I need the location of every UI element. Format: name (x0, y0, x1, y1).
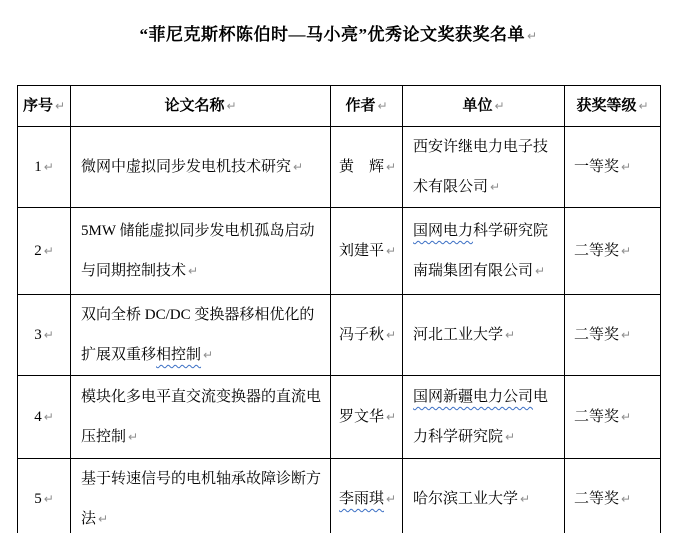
end-of-cell-mark: ↵ (488, 180, 500, 194)
award-list-table: 序号↵ 论文名称↵ 作者↵ 单位↵ 获奖等级↵ 1↵ 微网中虚拟同步发电机技术研… (17, 85, 661, 533)
serial-number: 1 (34, 159, 42, 175)
author-name-underlined: 李雨琪 (339, 491, 384, 507)
paper-title-cell: 基于转速信号的电机轴承故障诊断方法↵ (71, 459, 331, 533)
end-of-cell-mark: ↵ (384, 328, 396, 342)
end-of-cell-mark: ↵ (636, 99, 648, 113)
organization-name-underlined: 国网电力 (413, 223, 473, 239)
paper-title-cell: 5MW 储能虚拟同步发电机孤岛启动与同期控制技术↵ (71, 208, 331, 295)
author-name: 刘建平 (339, 243, 384, 259)
author-name: 黄 辉 (339, 159, 384, 175)
paper-title-text: 模块化多电平直交流变换器的直流电压控制 (81, 389, 321, 445)
paper-title-cell: 微网中虚拟同步发电机技术研究↵ (71, 127, 331, 208)
end-of-cell-mark: ↵ (224, 99, 236, 113)
end-of-cell-mark: ↵ (384, 492, 396, 506)
end-of-cell-mark: ↵ (619, 244, 631, 258)
end-of-cell-mark: ↵ (492, 99, 504, 113)
serial-number: 2 (34, 243, 42, 259)
header-label: 单位 (462, 98, 492, 114)
header-serial-number: 序号↵ (18, 86, 71, 127)
end-of-cell-mark: ↵ (518, 492, 530, 506)
header-label: 论文名称 (164, 98, 224, 114)
author-name: 冯子秋 (339, 327, 384, 343)
author-cell: 刘建平↵ (331, 208, 403, 295)
serial-number-cell: 4↵ (18, 376, 71, 459)
end-of-cell-mark: ↵ (619, 328, 631, 342)
document-page: { "page": { "title": "“菲尼克斯杯陈伯时—马小亮”优秀论文… (0, 0, 677, 533)
table-row: 4↵ 模块化多电平直交流变换器的直流电压控制↵ 罗文华↵ 国网新疆电力公司电力科… (18, 376, 661, 459)
end-of-cell-mark: ↵ (186, 264, 198, 278)
serial-number-cell: 1↵ (18, 127, 71, 208)
author-cell: 黄 辉↵ (331, 127, 403, 208)
award-level: 二等奖 (574, 491, 619, 507)
end-of-cell-mark: ↵ (126, 430, 138, 444)
award-level: 二等奖 (574, 409, 619, 425)
end-of-cell-mark: ↵ (619, 160, 631, 174)
paragraph-mark: ↵ (525, 29, 538, 43)
table-row: 1↵ 微网中虚拟同步发电机技术研究↵ 黄 辉↵ 西安许继电力电子技术有限公司↵ … (18, 127, 661, 208)
author-name: 罗文华 (339, 409, 384, 425)
serial-number-cell: 2↵ (18, 208, 71, 295)
paper-title-underlined-text: 相控制 (156, 347, 201, 363)
organization-cell: 哈尔滨工业大学↵ (403, 459, 565, 533)
table-row: 2↵ 5MW 储能虚拟同步发电机孤岛启动与同期控制技术↵ 刘建平↵ 国网电力科学… (18, 208, 661, 295)
award-level-cell: 二等奖↵ (565, 459, 661, 533)
paper-title-text: 基于转速信号的电机轴承故障诊断方法 (81, 471, 321, 527)
award-level-cell: 二等奖↵ (565, 295, 661, 376)
award-level-cell: 一等奖↵ (565, 127, 661, 208)
award-level: 二等奖 (574, 327, 619, 343)
end-of-cell-mark: ↵ (42, 492, 54, 506)
serial-number-cell: 3↵ (18, 295, 71, 376)
header-organization: 单位↵ (403, 86, 565, 127)
award-level: 二等奖 (574, 243, 619, 259)
organization-name: 哈尔滨工业大学 (413, 491, 518, 507)
organization-name: 西安许继电力电子技术有限公司 (413, 139, 548, 195)
paper-title-text: 微网中虚拟同步发电机技术研究 (81, 159, 291, 175)
header-paper-title: 论文名称↵ (71, 86, 331, 127)
organization-cell: 国网电力科学研究院南瑞集团有限公司↵ (403, 208, 565, 295)
header-label: 序号 (23, 98, 53, 114)
end-of-cell-mark: ↵ (619, 492, 631, 506)
author-cell: 冯子秋↵ (331, 295, 403, 376)
table-row: 3↵ 双向全桥 DC/DC 变换器移相优化的扩展双重移相控制↵ 冯子秋↵ 河北工… (18, 295, 661, 376)
end-of-cell-mark: ↵ (503, 328, 515, 342)
page-title-text: “菲尼克斯杯陈伯时—马小亮”优秀论文奖获奖名单 (139, 25, 525, 44)
end-of-cell-mark: ↵ (96, 512, 108, 526)
serial-number: 4 (34, 409, 42, 425)
header-label: 作者 (345, 98, 375, 114)
header-author: 作者↵ (331, 86, 403, 127)
end-of-cell-mark: ↵ (619, 410, 631, 424)
end-of-cell-mark: ↵ (42, 244, 54, 258)
end-of-cell-mark: ↵ (42, 160, 54, 174)
paper-title-cell: 双向全桥 DC/DC 变换器移相优化的扩展双重移相控制↵ (71, 295, 331, 376)
serial-number: 5 (34, 491, 42, 507)
end-of-cell-mark: ↵ (201, 348, 213, 362)
end-of-cell-mark: ↵ (533, 264, 545, 278)
end-of-cell-mark: ↵ (42, 410, 54, 424)
end-of-cell-mark: ↵ (42, 328, 54, 342)
serial-number: 3 (34, 327, 42, 343)
serial-number-cell: 5↵ (18, 459, 71, 533)
organization-cell: 西安许继电力电子技术有限公司↵ (403, 127, 565, 208)
header-award-level: 获奖等级↵ (565, 86, 661, 127)
award-level-cell: 二等奖↵ (565, 208, 661, 295)
end-of-cell-mark: ↵ (384, 410, 396, 424)
organization-name: 河北工业大学 (413, 327, 503, 343)
organization-cell: 国网新疆电力公司电力科学研究院↵ (403, 376, 565, 459)
table-row: 5↵ 基于转速信号的电机轴承故障诊断方法↵ 李雨琪↵ 哈尔滨工业大学↵ 二等奖↵ (18, 459, 661, 533)
end-of-cell-mark: ↵ (503, 430, 515, 444)
end-of-cell-mark: ↵ (384, 244, 396, 258)
end-of-cell-mark: ↵ (375, 99, 387, 113)
author-cell: 罗文华↵ (331, 376, 403, 459)
organization-name-underlined: 国网新疆电力公司 (413, 389, 533, 405)
author-cell: 李雨琪↵ (331, 459, 403, 533)
paper-title-cell: 模块化多电平直交流变换器的直流电压控制↵ (71, 376, 331, 459)
header-label: 获奖等级 (576, 98, 636, 114)
award-level-cell: 二等奖↵ (565, 376, 661, 459)
award-level: 一等奖 (574, 159, 619, 175)
end-of-cell-mark: ↵ (53, 99, 65, 113)
end-of-cell-mark: ↵ (291, 160, 303, 174)
page-title: “菲尼克斯杯陈伯时—马小亮”优秀论文奖获奖名单↵ (0, 22, 677, 49)
organization-cell: 河北工业大学↵ (403, 295, 565, 376)
table-header-row: 序号↵ 论文名称↵ 作者↵ 单位↵ 获奖等级↵ (18, 86, 661, 127)
end-of-cell-mark: ↵ (384, 160, 396, 174)
